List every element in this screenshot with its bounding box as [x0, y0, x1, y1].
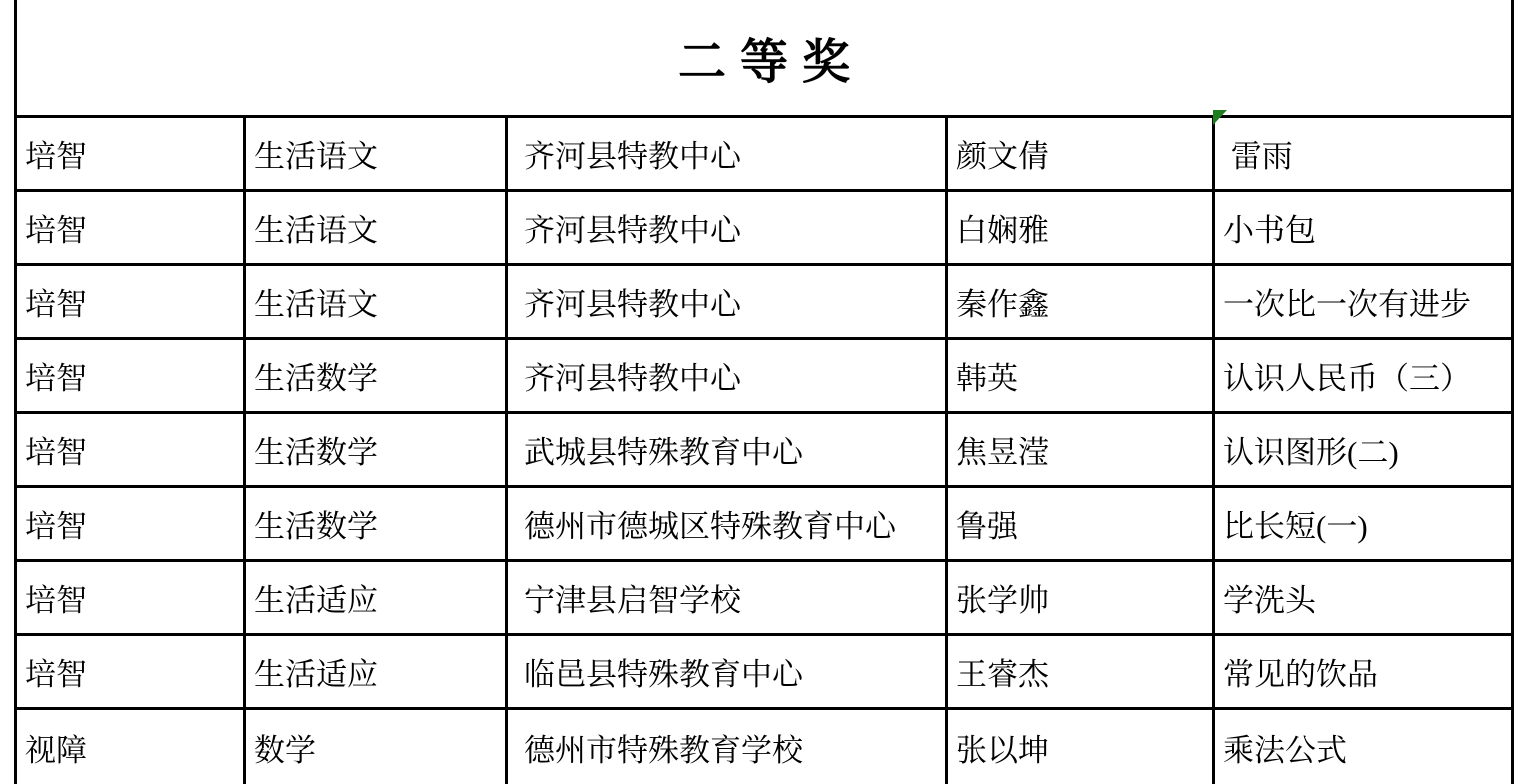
- cell-subject[interactable]: 生活语文: [246, 118, 508, 189]
- cell-category[interactable]: 培智: [17, 340, 246, 411]
- cell-school[interactable]: 德州市特殊教育学校: [508, 710, 948, 784]
- cell-category[interactable]: 培智: [17, 266, 246, 337]
- cell-subject[interactable]: 生活适应: [246, 636, 508, 707]
- table-row: 培智 生活适应 宁津县启智学校 张学帅 学洗头: [17, 562, 1511, 636]
- cell-category[interactable]: 培智: [17, 414, 246, 485]
- cell-category[interactable]: 培智: [17, 488, 246, 559]
- cell-teacher[interactable]: 秦作鑫: [948, 266, 1215, 337]
- cell-school[interactable]: 临邑县特殊教育中心: [508, 636, 948, 707]
- cell-subject[interactable]: 数学: [246, 710, 508, 784]
- cell-subject[interactable]: 生活数学: [246, 340, 508, 411]
- table-row: 培智 生活数学 武城县特殊教育中心 焦昱滢 认识图形(二): [17, 414, 1511, 488]
- cell-teacher[interactable]: 张学帅: [948, 562, 1215, 633]
- table-row: 视障 数学 德州市特殊教育学校 张以坤 乘法公式: [17, 710, 1511, 784]
- cell-teacher[interactable]: 王睿杰: [948, 636, 1215, 707]
- cell-work[interactable]: 一次比一次有进步: [1215, 266, 1511, 337]
- cell-work[interactable]: 认识图形(二): [1215, 414, 1511, 485]
- table-row: 培智 生活数学 齐河县特教中心 韩英 认识人民币（三）: [17, 340, 1511, 414]
- cell-work[interactable]: 比长短(一): [1215, 488, 1511, 559]
- cell-teacher[interactable]: 韩英: [948, 340, 1215, 411]
- cell-subject[interactable]: 生活语文: [246, 192, 508, 263]
- cell-teacher[interactable]: 焦昱滢: [948, 414, 1215, 485]
- cell-category[interactable]: 培智: [17, 192, 246, 263]
- cell-school[interactable]: 武城县特殊教育中心: [508, 414, 948, 485]
- cell-work[interactable]: 雷雨: [1215, 118, 1511, 189]
- cell-teacher[interactable]: 白娴雅: [948, 192, 1215, 263]
- cell-school[interactable]: 齐河县特教中心: [508, 266, 948, 337]
- cell-school[interactable]: 德州市德城区特殊教育中心: [508, 488, 948, 559]
- cell-work[interactable]: 认识人民币（三）: [1215, 340, 1511, 411]
- cell-category[interactable]: 培智: [17, 636, 246, 707]
- cell-subject[interactable]: 生活数学: [246, 488, 508, 559]
- cell-work[interactable]: 小书包: [1215, 192, 1511, 263]
- cell-work[interactable]: 学洗头: [1215, 562, 1511, 633]
- cell-category[interactable]: 培智: [17, 562, 246, 633]
- cell-corner-flag-icon: [1213, 110, 1227, 125]
- cell-teacher[interactable]: 颜文倩: [948, 118, 1215, 189]
- cell-category[interactable]: 培智: [17, 118, 246, 189]
- cell-category[interactable]: 视障: [17, 710, 246, 784]
- table-title-merged-cell[interactable]: 二等奖: [17, 0, 1511, 118]
- cell-teacher[interactable]: 鲁强: [948, 488, 1215, 559]
- cell-school[interactable]: 宁津县启智学校: [508, 562, 948, 633]
- cell-teacher[interactable]: 张以坤: [948, 710, 1215, 784]
- table-row: 培智 生活语文 齐河县特教中心 白娴雅 小书包: [17, 192, 1511, 266]
- cell-work[interactable]: 乘法公式: [1215, 710, 1511, 784]
- table-row: 培智 生活语文 齐河县特教中心 秦作鑫 一次比一次有进步: [17, 266, 1511, 340]
- cell-school[interactable]: 齐河县特教中心: [508, 340, 948, 411]
- cell-subject[interactable]: 生活适应: [246, 562, 508, 633]
- cell-subject[interactable]: 生活数学: [246, 414, 508, 485]
- table-row: 培智 生活数学 德州市德城区特殊教育中心 鲁强 比长短(一): [17, 488, 1511, 562]
- cell-school[interactable]: 齐河县特教中心: [508, 118, 948, 189]
- table-row: 培智 生活适应 临邑县特殊教育中心 王睿杰 常见的饮品: [17, 636, 1511, 710]
- cell-work[interactable]: 常见的饮品: [1215, 636, 1511, 707]
- award-table: 二等奖 培智 生活语文 齐河县特教中心 颜文倩 雷雨 培智 生活语文 齐河县特教…: [14, 0, 1514, 784]
- cell-subject[interactable]: 生活语文: [246, 266, 508, 337]
- table-row: 培智 生活语文 齐河县特教中心 颜文倩 雷雨: [17, 118, 1511, 192]
- award-sheet-page: 二等奖 培智 生活语文 齐河县特教中心 颜文倩 雷雨 培智 生活语文 齐河县特教…: [0, 0, 1520, 784]
- cell-school[interactable]: 齐河县特教中心: [508, 192, 948, 263]
